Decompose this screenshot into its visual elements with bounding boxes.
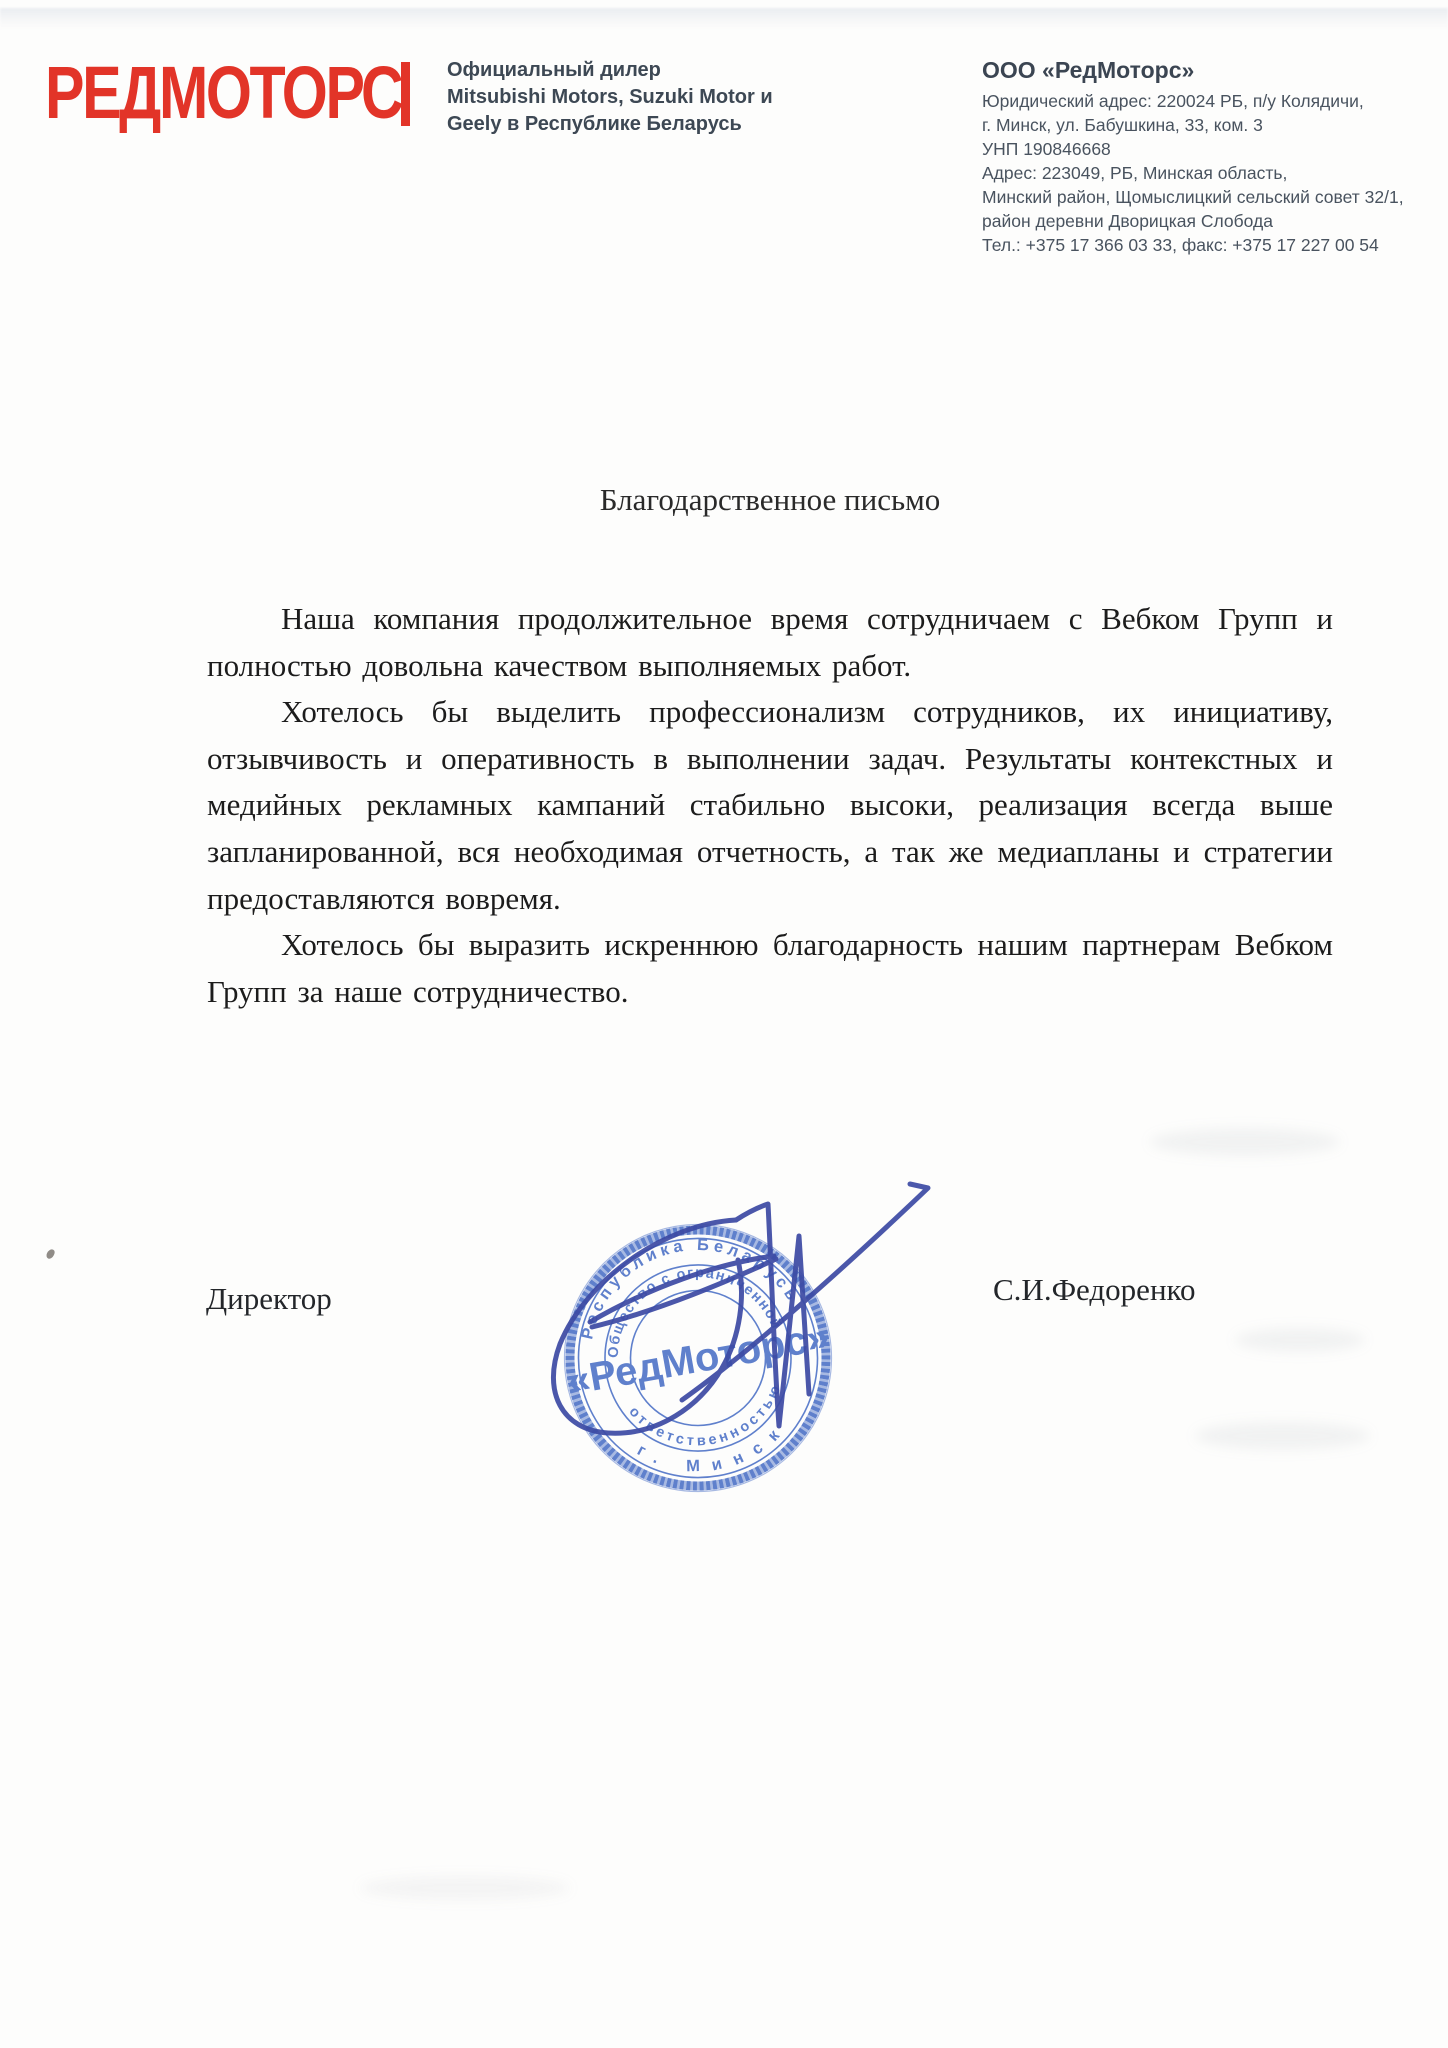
dealer-tagline: Официальный дилер Mitsubishi Motors, Suz… (447, 57, 773, 138)
scan-smudge (360, 1876, 570, 1900)
letter-paragraph: Хотелось бы выразить искреннюю благодарн… (207, 922, 1333, 1015)
company-detail-line: г. Минск, ул. Бабушкина, 33, ком. 3 (982, 113, 1432, 137)
company-detail-line: Тел.: +375 17 366 03 33, факс: +375 17 2… (982, 233, 1432, 257)
dealer-line: Mitsubishi Motors, Suzuki Motor и (447, 84, 773, 111)
stamp-and-signature: Республика Беларусь Общество с ограничен… (420, 1100, 1020, 1570)
letter-body: Наша компания продолжительное время сотр… (207, 596, 1333, 1015)
letter-paragraph: Хотелось бы выделить профессионализм сот… (207, 689, 1333, 922)
company-detail-line: Адрес: 223049, РБ, Минская область, (982, 161, 1432, 185)
company-detail-line: УНП 190846668 (982, 137, 1432, 161)
scan-smudge (1150, 1128, 1340, 1156)
company-logo: РЕДМОТОРС (45, 56, 401, 130)
logo-divider-bar (401, 62, 410, 126)
signoff-name: С.И.Федоренко (993, 1272, 1196, 1308)
scanned-letter-page: РЕДМОТОРС Официальный дилер Mitsubishi M… (0, 0, 1448, 2048)
letter-title: Благодарственное письмо (207, 482, 1333, 518)
scan-smudge (1195, 1422, 1370, 1450)
company-detail-line: район деревни Дворицкая Слобода (982, 209, 1432, 233)
dealer-line: Официальный дилер (447, 57, 773, 84)
company-details-block: ООО «РедМоторс» Юридический адрес: 22002… (982, 55, 1432, 257)
scan-smudge (1235, 1328, 1365, 1352)
company-detail-line: Минский район, Щомыслицкий сельский сове… (982, 185, 1432, 209)
company-name: ООО «РедМоторс» (982, 55, 1432, 85)
company-detail-line: Юридический адрес: 220024 РБ, п/у Коляди… (982, 89, 1432, 113)
dealer-line: Geely в Республике Беларусь (447, 111, 773, 138)
letter-paragraph: Наша компания продолжительное время сотр… (207, 596, 1333, 689)
signoff-role: Директор (206, 1281, 332, 1317)
ink-fleck (45, 1248, 56, 1260)
scan-edge-artifact (0, 8, 1448, 30)
